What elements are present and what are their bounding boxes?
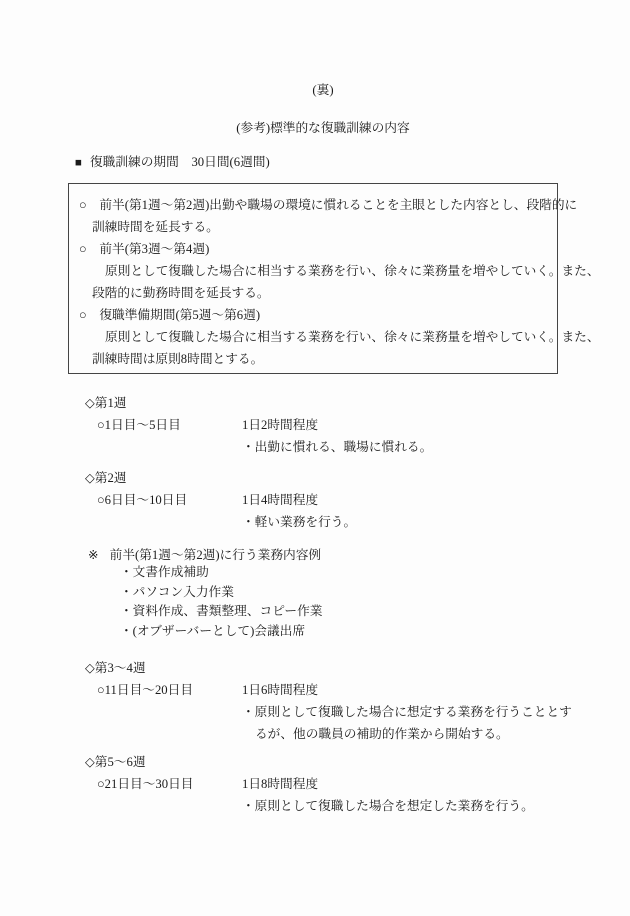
black-square-marker: ■ — [75, 157, 82, 169]
work-example-item: ・パソコン入力作業 — [120, 583, 630, 603]
week-heading: ◇第5～6週 — [85, 751, 630, 773]
day-range: ○1日目～5日目 — [97, 414, 181, 436]
day-range: ○21日目～30日目 — [97, 773, 193, 795]
daily-hours: 1日4時間程度 — [242, 489, 630, 511]
training-overview-box: ○ 前半(第1週～第2週)出勤や職場の環境に慣れることを主眼とした内容とし、段階… — [68, 183, 558, 374]
daily-hours: 1日2時間程度 — [242, 414, 630, 436]
training-period-heading: ■復職訓練の期間 30日間(6週間) — [75, 151, 270, 174]
training-period-text: 復職訓練の期間 30日間(6週間) — [90, 155, 270, 169]
document-page: (裏) (参考)標準的な復職訓練の内容 ■復職訓練の期間 30日間(6週間) ○… — [0, 0, 630, 916]
week-section-1: ◇第1週 ○1日目～5日目 1日2時間程度 ・出勤に慣れる、職場に慣れる。 — [0, 392, 630, 458]
work-examples-heading: 前半(第1週～第2週)に行う業務内容例 — [110, 548, 321, 562]
work-examples-list: ・文書作成補助 ・パソコン入力作業 ・資料作成、書類整理、コピー作業 ・(オブザ… — [120, 563, 630, 641]
overview-line-3: ○ 前半(第3週～第4週) — [79, 238, 553, 260]
week-heading: ◇第2週 — [85, 467, 630, 489]
overview-line-2: 訓練時間を延長する。 — [79, 216, 553, 238]
work-example-item: ・資料作成、書類整理、コピー作業 — [120, 602, 630, 622]
work-examples-section: ※前半(第1週～第2週)に行う業務内容例 ・文書作成補助 ・パソコン入力作業 ・… — [0, 544, 630, 641]
day-range: ○6日目～10日目 — [97, 489, 187, 511]
note-line: ・出勤に慣れる、職場に慣れる。 — [242, 436, 630, 458]
note-line: ・軽い業務を行う。 — [242, 511, 630, 533]
overview-line-7: 原則として復職した場合に相当する業務を行い、徐々に業務量を増やしていく。また、 — [79, 326, 553, 348]
overview-line-6: ○ 復職準備期間(第5週～第6週) — [79, 304, 553, 326]
week-section-3-4: ◇第3～4週 ○11日目～20日目 1日6時間程度 ・原則として復職した場合に想… — [0, 657, 630, 745]
overview-line-4: 原則として復職した場合に相当する業務を行い、徐々に業務量を増やしていく。また、 — [79, 260, 553, 282]
week-section-5-6: ◇第5～6週 ○21日目～30日目 1日8時間程度 ・原則として復職した場合を想… — [0, 751, 630, 817]
day-range: ○11日目～20日目 — [97, 679, 193, 701]
daily-hours: 1日8時間程度 — [242, 773, 630, 795]
week-section-2: ◇第2週 ○6日目～10日目 1日4時間程度 ・軽い業務を行う。 — [0, 467, 630, 533]
page-side-label: (裏) — [0, 79, 630, 101]
reference-marker: ※ — [88, 548, 99, 562]
note-line: ・原則として復職した場合を想定した業務を行う。 — [242, 795, 630, 817]
week-heading: ◇第3～4週 — [85, 657, 630, 679]
overview-line-1: ○ 前半(第1週～第2週)出勤や職場の環境に慣れることを主眼とした内容とし、段階… — [79, 194, 553, 216]
daily-hours: 1日6時間程度 — [242, 679, 630, 701]
week-heading: ◇第1週 — [85, 392, 630, 414]
overview-line-8: 訓練時間は原則8時間とする。 — [79, 348, 553, 370]
work-example-item: ・(オブザーバーとして)会議出席 — [120, 622, 630, 642]
note-line: ・原則として復職した場合に想定する業務を行うこととす — [242, 701, 630, 723]
document-title: (参考)標準的な復職訓練の内容 — [0, 117, 630, 139]
work-example-item: ・文書作成補助 — [120, 563, 630, 583]
note-line-continuation: るが、他の職員の補助的作業から開始する。 — [242, 723, 630, 745]
overview-line-5: 段階的に勤務時間を延長する。 — [79, 282, 553, 304]
